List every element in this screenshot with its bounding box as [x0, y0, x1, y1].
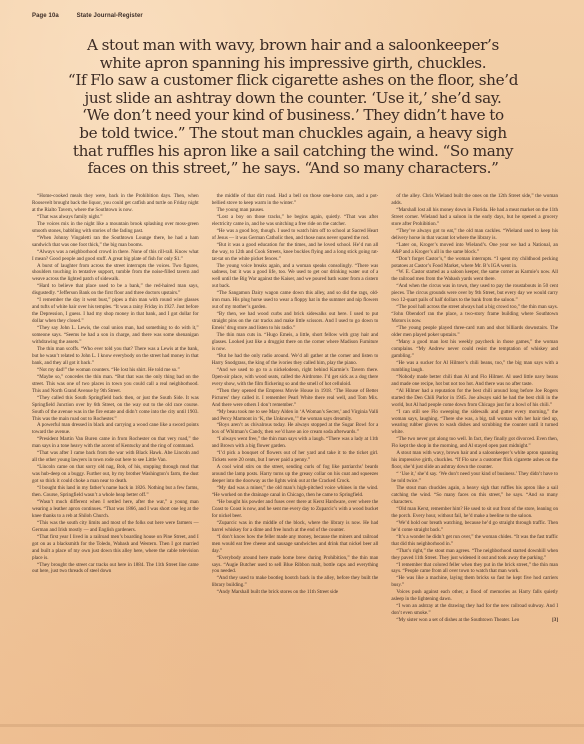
article-paragraph: “Marshall lost all his money down in Flo… — [391, 207, 558, 228]
article-paragraph: “Maybe so,” concedes the thin man. “But … — [32, 374, 199, 395]
article-paragraph: “This was the south city limits and most… — [32, 520, 199, 534]
pull-quote-line: just slide an ashtray down the counter. … — [38, 90, 548, 108]
article-paragraph: “We’d hold our breath watching, because … — [391, 520, 558, 534]
article-paragraph: “Lincoln came on that sorry old nag, Bob… — [32, 464, 199, 485]
pull-quote-line: be told twice.” The stout man chuckles a… — [38, 125, 548, 143]
article-paragraph: “ ‘Use it,’ she’d say. ‘We don’t need yo… — [391, 471, 558, 485]
pull-quote-line: white apron spanning his impressive girt… — [38, 55, 548, 73]
article-paragraph: “My beau took me to see Mary Alden in ‘A… — [212, 409, 379, 423]
article-column-1: “Home-cooked meals they were, back in th… — [32, 193, 199, 723]
article-paragraph: “Everybody around here made home brew du… — [212, 555, 379, 576]
publication-name: State Journal-Register — [77, 13, 143, 19]
page-number: Page 10a — [32, 13, 59, 19]
article-paragraph: A burst of laughter from across the stre… — [32, 263, 199, 284]
page-folio: Page 10a State Journal-Register — [32, 13, 143, 19]
article-paragraph: “He was a sucker for Al Hilmer’s chili b… — [391, 360, 558, 374]
article-paragraph: “Later on, Kroger’s moved into Wieland’s… — [391, 242, 558, 256]
article-paragraph: “He was a good boy, though. I used to wa… — [212, 228, 379, 242]
article-paragraph: “President Martin Van Buren came in from… — [32, 436, 199, 450]
article-paragraph: “I’d pick a bouquet of flowers out of he… — [212, 450, 379, 464]
article-paragraph: “My dad was a miner,” the old man’s high… — [212, 485, 379, 499]
article-paragraph: “That was after I came back from the war… — [32, 450, 199, 464]
article-paragraph: “When Johnny Vingaletti ran the Southtow… — [32, 235, 199, 249]
pull-quote-line: A stout man with wavy, brown hair and a … — [38, 37, 548, 55]
article-column-2: the middle of that dirt road. Had a bell… — [212, 193, 379, 723]
pull-quote-line: faces on this street,” he says. “And so … — [38, 160, 548, 178]
article-paragraph: The thin man cuts in. “Hugo Emeis, a lit… — [212, 332, 379, 353]
page-fold-shadow — [0, 724, 584, 727]
article-paragraph: A cool wind stirs on the street, sending… — [212, 464, 379, 485]
article-paragraph: A powerful man dressed in black and carr… — [32, 422, 199, 436]
article-paragraph: “Boys aren’t as chivalrous today. He alw… — [212, 422, 379, 436]
article-paragraph: “I always went free,” the thin man says … — [212, 436, 379, 450]
continued-mark: [3] — [547, 617, 558, 624]
article-paragraph: “That’s right,” the stout man agrees. “T… — [391, 548, 558, 562]
article-paragraph: The young man pauses. — [212, 207, 379, 214]
article-paragraph: A stout man with wavy, brown hair and a … — [391, 450, 558, 471]
article-paragraph: “That first year I lived in a railroad m… — [32, 534, 199, 562]
article-paragraph: “I can still see Flo sweeping the sidewa… — [391, 409, 558, 437]
article-paragraph: “Not my dad!” the woman counters. “He lo… — [32, 367, 199, 374]
article-paragraph: “I remember the day it went bust,” pipes… — [32, 297, 199, 325]
article-paragraph: The thin man scoffs. “Who ever told you … — [32, 346, 199, 367]
article-paragraph: “Always was a neighborhood crowd in ther… — [32, 249, 199, 263]
article-paragraph: “They’ve always got to eat,” the old man… — [391, 228, 558, 242]
article-paragraph: “The Sangamon Dairy wagon came down this… — [212, 290, 379, 311]
article-paragraph: “Al Hilmer had a reputation for the best… — [391, 388, 558, 409]
article-paragraph: “And when the circus was in town, they u… — [391, 283, 558, 304]
pull-quote-line: ‘We don’t need your kind of business.’ T… — [38, 107, 548, 125]
article-paragraph: “But he had the only radio around. We’d … — [212, 353, 379, 367]
article-paragraph: “Andy Marshall built the brick stores on… — [212, 589, 379, 596]
article-paragraph: “But it was a good education for the tim… — [212, 242, 379, 263]
article-paragraph: “They say John L. Lewis, the coal union … — [32, 325, 199, 346]
article-paragraph: “The two never got along too well. In fa… — [391, 436, 558, 450]
article-paragraph: “That was always family night.” — [32, 214, 199, 221]
article-paragraph: Voices push against each other, a flood … — [391, 589, 558, 603]
article-paragraph: The stout man chuckles again, a heavy si… — [391, 485, 558, 506]
article-paragraph: “And they used to make bootleg hootch ba… — [212, 575, 379, 589]
newspaper-page: Page 10a State Journal-Register A stout … — [0, 0, 584, 744]
article-paragraph: “Old man Kerst, remember him? He used to… — [391, 506, 558, 520]
article-paragraph: “Home-cooked meals they were, back in th… — [32, 193, 199, 214]
article-paragraph: “Then they opened the Empress Movie Hous… — [212, 388, 379, 409]
pull-quote-line: that ruffles his apron like a sail catch… — [38, 143, 548, 161]
article-paragraph: “Many a good man lost his weekly paychec… — [391, 339, 558, 360]
article-paragraph: of the alley. Chris Wieland built the on… — [391, 193, 558, 207]
pull-quote-line: “If Flo saw a customer flick cigarette a… — [38, 72, 548, 90]
article-paragraph: “I won an ashtray at the drawing they ha… — [391, 603, 558, 617]
article-paragraph: “He was like a machine, laying them bric… — [391, 575, 558, 589]
article-paragraph: “I bought this land in my father’s name … — [32, 485, 199, 499]
article-paragraph: “The pool hall across the street always … — [391, 304, 558, 325]
article-paragraph: “Lost a boy on those tracks,” he begins … — [212, 214, 379, 228]
article-paragraph: “I don’t know how the feller made any mo… — [212, 534, 379, 555]
article-paragraph: the middle of that dirt road. Had a bell… — [212, 193, 379, 207]
article-paragraph: “They called this South Springfield back… — [32, 395, 199, 423]
article-paragraph: “The young people played three-card rum … — [391, 325, 558, 339]
article-body: “Home-cooked meals they were, back in th… — [32, 193, 558, 723]
article-paragraph: “My sister won a set of dishes at the So… — [391, 617, 558, 624]
article-paragraph: “And we used to go to a nickelodeon, rig… — [212, 367, 379, 388]
article-paragraph: The voices mix in the night like a mount… — [32, 221, 199, 235]
article-paragraph: “W. E. Castor started as a saloon keeper… — [391, 269, 558, 283]
article-paragraph: “Don’t forget Castor’s,” the woman inter… — [391, 256, 558, 270]
article-column-3: of the alley. Chris Wieland built the on… — [391, 193, 558, 723]
article-paragraph: “He bought his powder and fuses over the… — [212, 499, 379, 520]
article-paragraph: “Nobody made better chili than Al and Fl… — [391, 374, 558, 388]
article-paragraph: “Wasn’t much different when I settled he… — [32, 499, 199, 520]
article-paragraph: The young voice breaks again, and a woma… — [212, 263, 379, 291]
article-paragraph: “They brought the street car tracks out … — [32, 562, 199, 576]
article-paragraph: “Hard to believe that place used to be a… — [32, 283, 199, 297]
pull-quote: A stout man with wavy, brown hair and a … — [38, 37, 548, 178]
article-paragraph: “By then, we had wood curbs and brick si… — [212, 311, 379, 332]
article-paragraph: “I remember that colored feller when the… — [391, 562, 558, 576]
article-paragraph: “Zuparcic was in the middle of the block… — [212, 520, 379, 534]
article-paragraph: “It’s a wonder he didn’t get run over,” … — [391, 534, 558, 548]
